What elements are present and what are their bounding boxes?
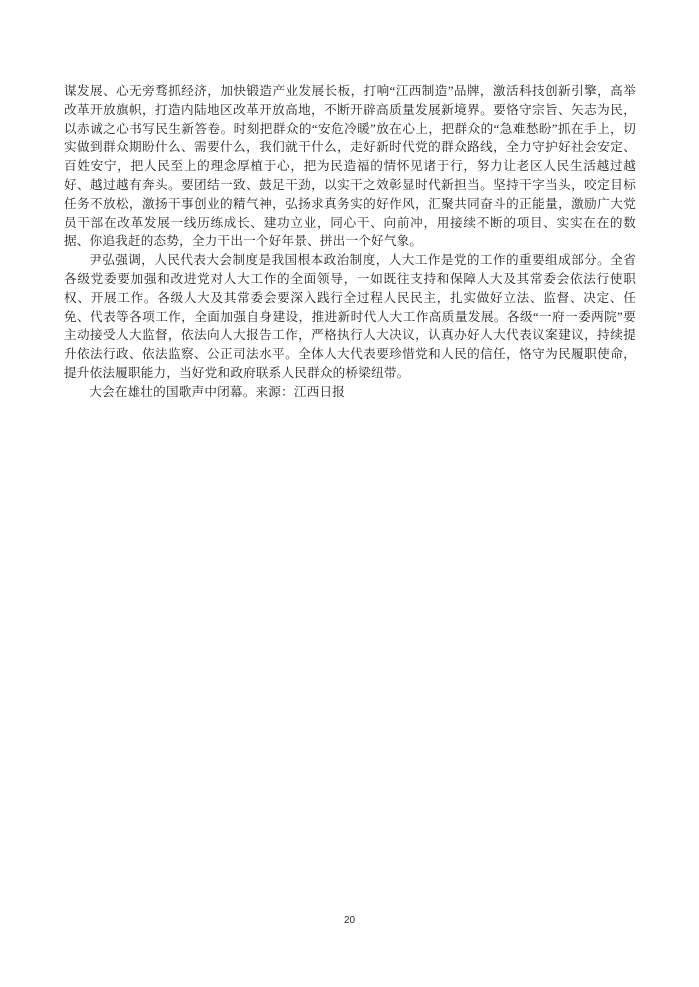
page-footer: 20 bbox=[0, 910, 699, 928]
document-page: 谋发展、心无旁骛抓经济，加快锻造产业发展长板，打响“江西制造”品牌，激活科技创新… bbox=[0, 0, 699, 987]
paragraph-closing-source: 大会在雄壮的国歌声中闭幕。来源：江西日报 bbox=[64, 383, 636, 402]
paragraph-yinhong-remarks: 尹弘强调，人民代表大会制度是我国根本政治制度，人大工作是党的工作的重要组成部分。… bbox=[64, 251, 636, 383]
paragraph-continuation: 谋发展、心无旁骛抓经济，加快锻造产业发展长板，打响“江西制造”品牌，激活科技创新… bbox=[64, 82, 636, 251]
page-number: 20 bbox=[344, 915, 355, 926]
document-body: 谋发展、心无旁骛抓经济，加快锻造产业发展长板，打响“江西制造”品牌，激活科技创新… bbox=[64, 82, 636, 402]
